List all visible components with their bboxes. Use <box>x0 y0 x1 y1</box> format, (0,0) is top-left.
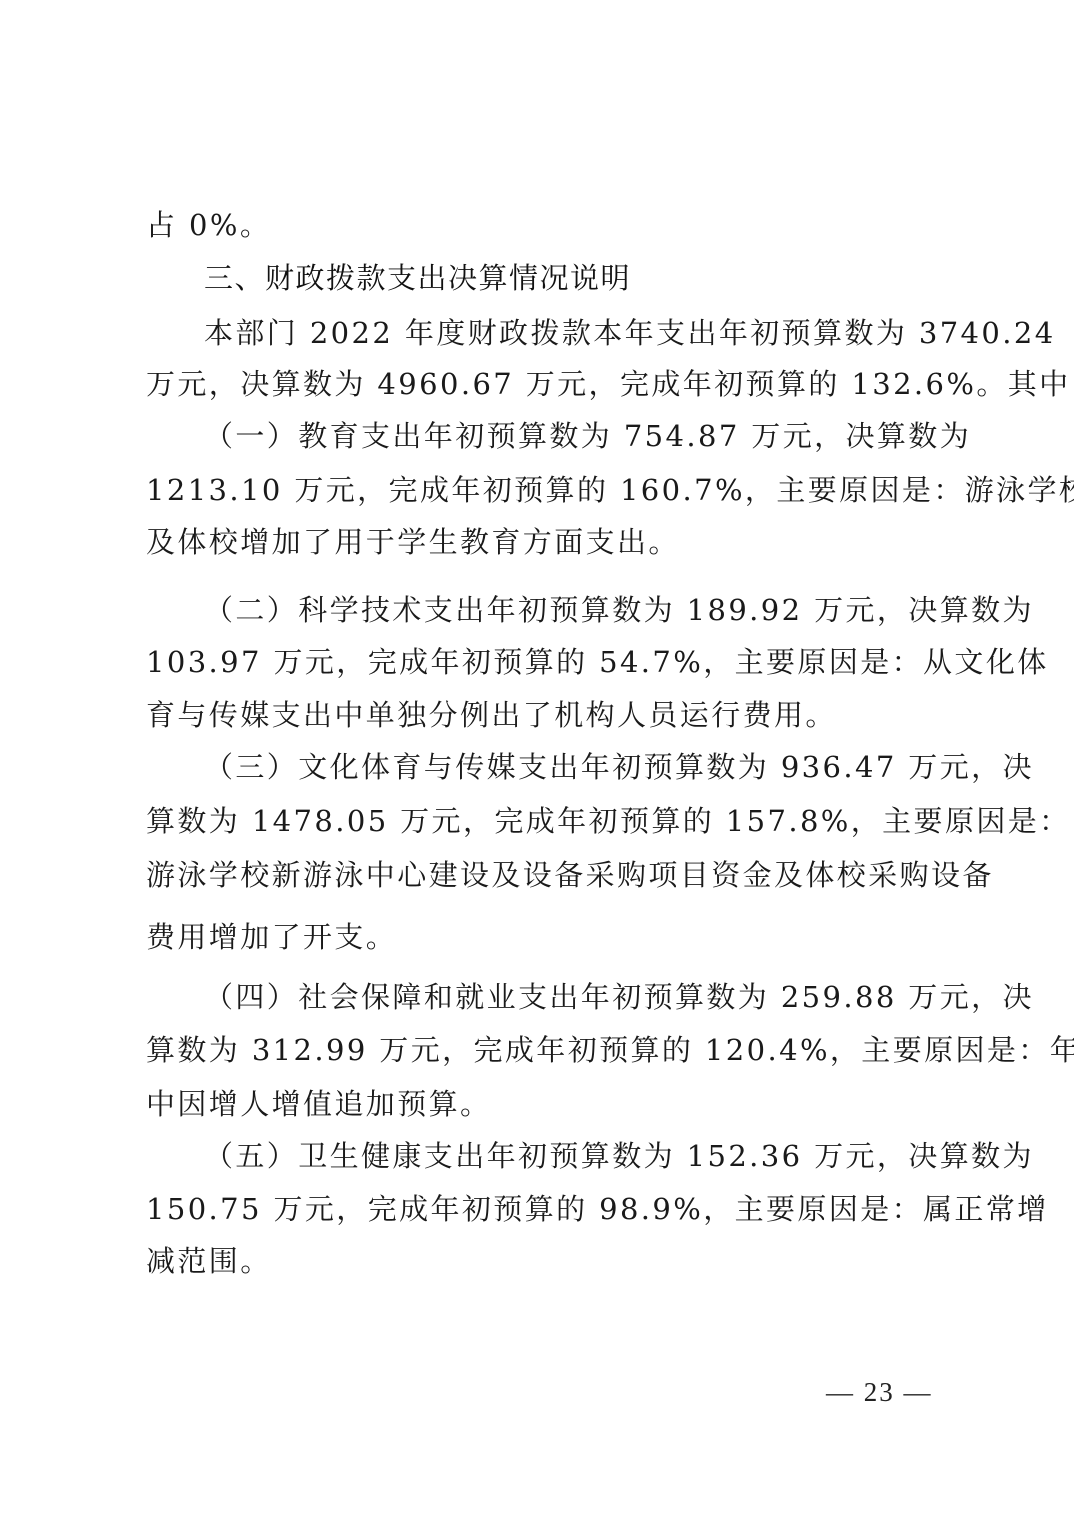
paragraph-line: （二）科学技术支出年初预算数为 189.92 万元，决算数为 <box>204 590 934 630</box>
paragraph-line: （三）文化体育与传媒支出年初预算数为 936.47 万元，决 <box>204 747 934 787</box>
paragraph-line: 103.97 万元，完成年初预算的 54.7%，主要原因是：从文化体 <box>146 642 936 682</box>
paragraph-line: 1213.10 万元，完成年初预算的 160.7%，主要原因是：游泳学校 <box>146 470 936 510</box>
paragraph-line: （四）社会保障和就业支出年初预算数为 259.88 万元，决 <box>204 977 934 1017</box>
page-number: — 23 — <box>826 1372 933 1412</box>
paragraph-line: 费用增加了开支。 <box>146 917 936 957</box>
paragraph-line: 万元，决算数为 4960.67 万元，完成年初预算的 132.6%。其中： <box>146 364 936 404</box>
paragraph-line: 减范围。 <box>146 1241 936 1281</box>
paragraph-line: （五）卫生健康支出年初预算数为 152.36 万元，决算数为 <box>204 1136 934 1176</box>
paragraph-line: 育与传媒支出中单独分例出了机构人员运行费用。 <box>146 695 936 735</box>
paragraph-line: （一）教育支出年初预算数为 754.87 万元，决算数为 <box>204 416 994 456</box>
paragraph-line: 游泳学校新游泳中心建设及设备采购项目资金及体校采购设备 <box>146 855 936 895</box>
paragraph-line: 算数为 312.99 万元，完成年初预算的 120.4%，主要原因是：年 <box>146 1030 936 1070</box>
paragraph-line: 中因增人增值追加预算。 <box>146 1084 936 1124</box>
paragraph-line: 本部门 2022 年度财政拨款本年支出年初预算数为 3740.24 <box>204 313 934 353</box>
paragraph-line: 150.75 万元，完成年初预算的 98.9%，主要原因是：属正常增 <box>146 1189 926 1229</box>
paragraph-line: 及体校增加了用于学生教育方面支出。 <box>146 522 936 562</box>
section-heading: 三、财政拨款支出决算情况说明 <box>204 258 631 298</box>
paragraph-line: 算数为 1478.05 万元，完成年初预算的 157.8%，主要原因是： <box>146 801 936 841</box>
carryover-line: 占 0%。 <box>146 205 936 245</box>
